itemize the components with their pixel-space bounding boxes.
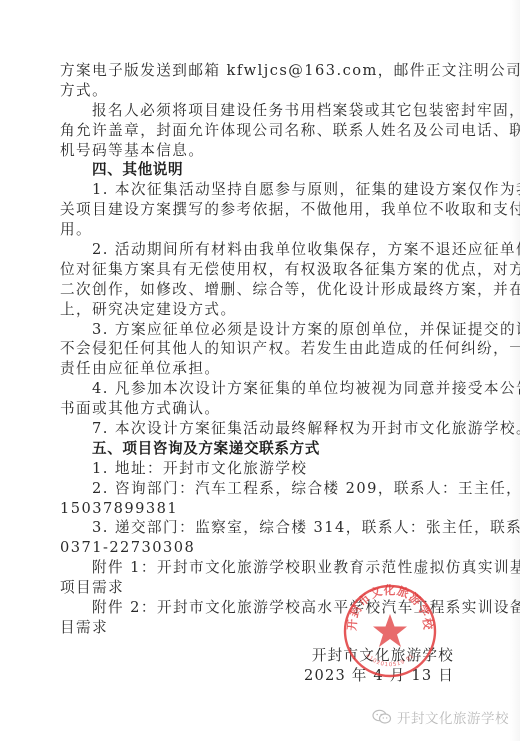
- text-line: 二次创作，如修改、增删、综合等，优化设计形成最终方案，并在此基础: [60, 280, 454, 300]
- text-line: 附件 1：开封市文化旅游学校职业教育示范性虚拟仿真实训基地建设: [60, 558, 454, 578]
- text-line: 1. 本次征集活动坚持自愿参与原则，征集的建设方案仅作为我单位相: [60, 180, 454, 200]
- section-heading: 四、其他说明: [60, 160, 454, 180]
- signature-organization: 开封市文化旅游学校: [312, 644, 454, 665]
- document-body: 方案电子版发送到邮箱 kfwljcs@163.com，邮件正文注明公司名称和联系…: [60, 61, 454, 638]
- text-line: 0371-22730308: [60, 538, 454, 558]
- text-line: 附件 2：开封市文化旅游学校高水平学校汽车工程系实训设备采购项: [60, 598, 454, 618]
- text-line: 方式。: [60, 81, 454, 101]
- text-line: 2. 咨询部门：汽车工程系，综合楼 209，联系人：王主任，联系电话：: [60, 479, 454, 499]
- watermark-text: 开封文化旅游学校: [397, 707, 509, 727]
- text-line: 不会侵犯任何其他人的知识产权。若发生由此造成的任何纠纷，一切法律: [60, 339, 454, 359]
- wechat-icon: [372, 709, 392, 725]
- text-line: 关项目建设方案撰写的参考依据，不做他用，我单位不收取和支付任何费: [60, 200, 454, 220]
- text-line: 用。: [60, 220, 454, 240]
- text-line: 目需求: [60, 618, 454, 638]
- text-line: 4. 凡参加本次设计方案征集的单位均被视为同意并接受本公告，无须: [60, 379, 454, 399]
- text-line: 书面或其他方式确认。: [60, 399, 454, 419]
- text-line: 位对征集方案具有无偿使用权，有权汲取各征集方案的优点，对方案进行: [60, 260, 454, 280]
- text-line: 7. 本次设计方案征集活动最终解释权为开封市文化旅游学校。: [60, 419, 454, 439]
- text-line: 角允许盖章，封面允许体现公司名称、联系人姓名及公司电话、联系人手: [60, 121, 454, 141]
- text-line: 上，研究决定建设方式。: [60, 300, 454, 320]
- text-line: 15037899381: [60, 499, 454, 519]
- signature-date: 2023 年 4 月 13 日: [304, 664, 454, 685]
- text-line: 3. 递交部门：监察室，综合楼 314，联系人：张主任，联系电话：: [60, 518, 454, 538]
- text-line: 责任由应征单位承担。: [60, 359, 454, 379]
- text-line: 项目需求: [60, 578, 454, 598]
- text-line: 3. 方案应征单位必须是设计方案的原创单位，并保证提交的设计方案: [60, 320, 454, 340]
- text-line: 报名人必须将项目建设任务书用档案袋或其它包装密封牢固，封面四: [60, 101, 454, 121]
- text-line: 机号码等基本信息。: [60, 141, 454, 161]
- document-page: 方案电子版发送到邮箱 kfwljcs@163.com，邮件正文注明公司名称和联系…: [0, 0, 520, 741]
- text-line: 方案电子版发送到邮箱 kfwljcs@163.com，邮件正文注明公司名称和联系: [60, 61, 454, 81]
- text-line: 1. 地址：开封市文化旅游学校: [60, 459, 454, 479]
- account-watermark: 开封文化旅游学校: [372, 707, 509, 727]
- section-heading: 五、项目咨询及方案递交联系方式: [60, 439, 454, 459]
- text-line: 2. 活动期间所有材料由我单位收集保存，方案不退还应征单位。我单: [60, 240, 454, 260]
